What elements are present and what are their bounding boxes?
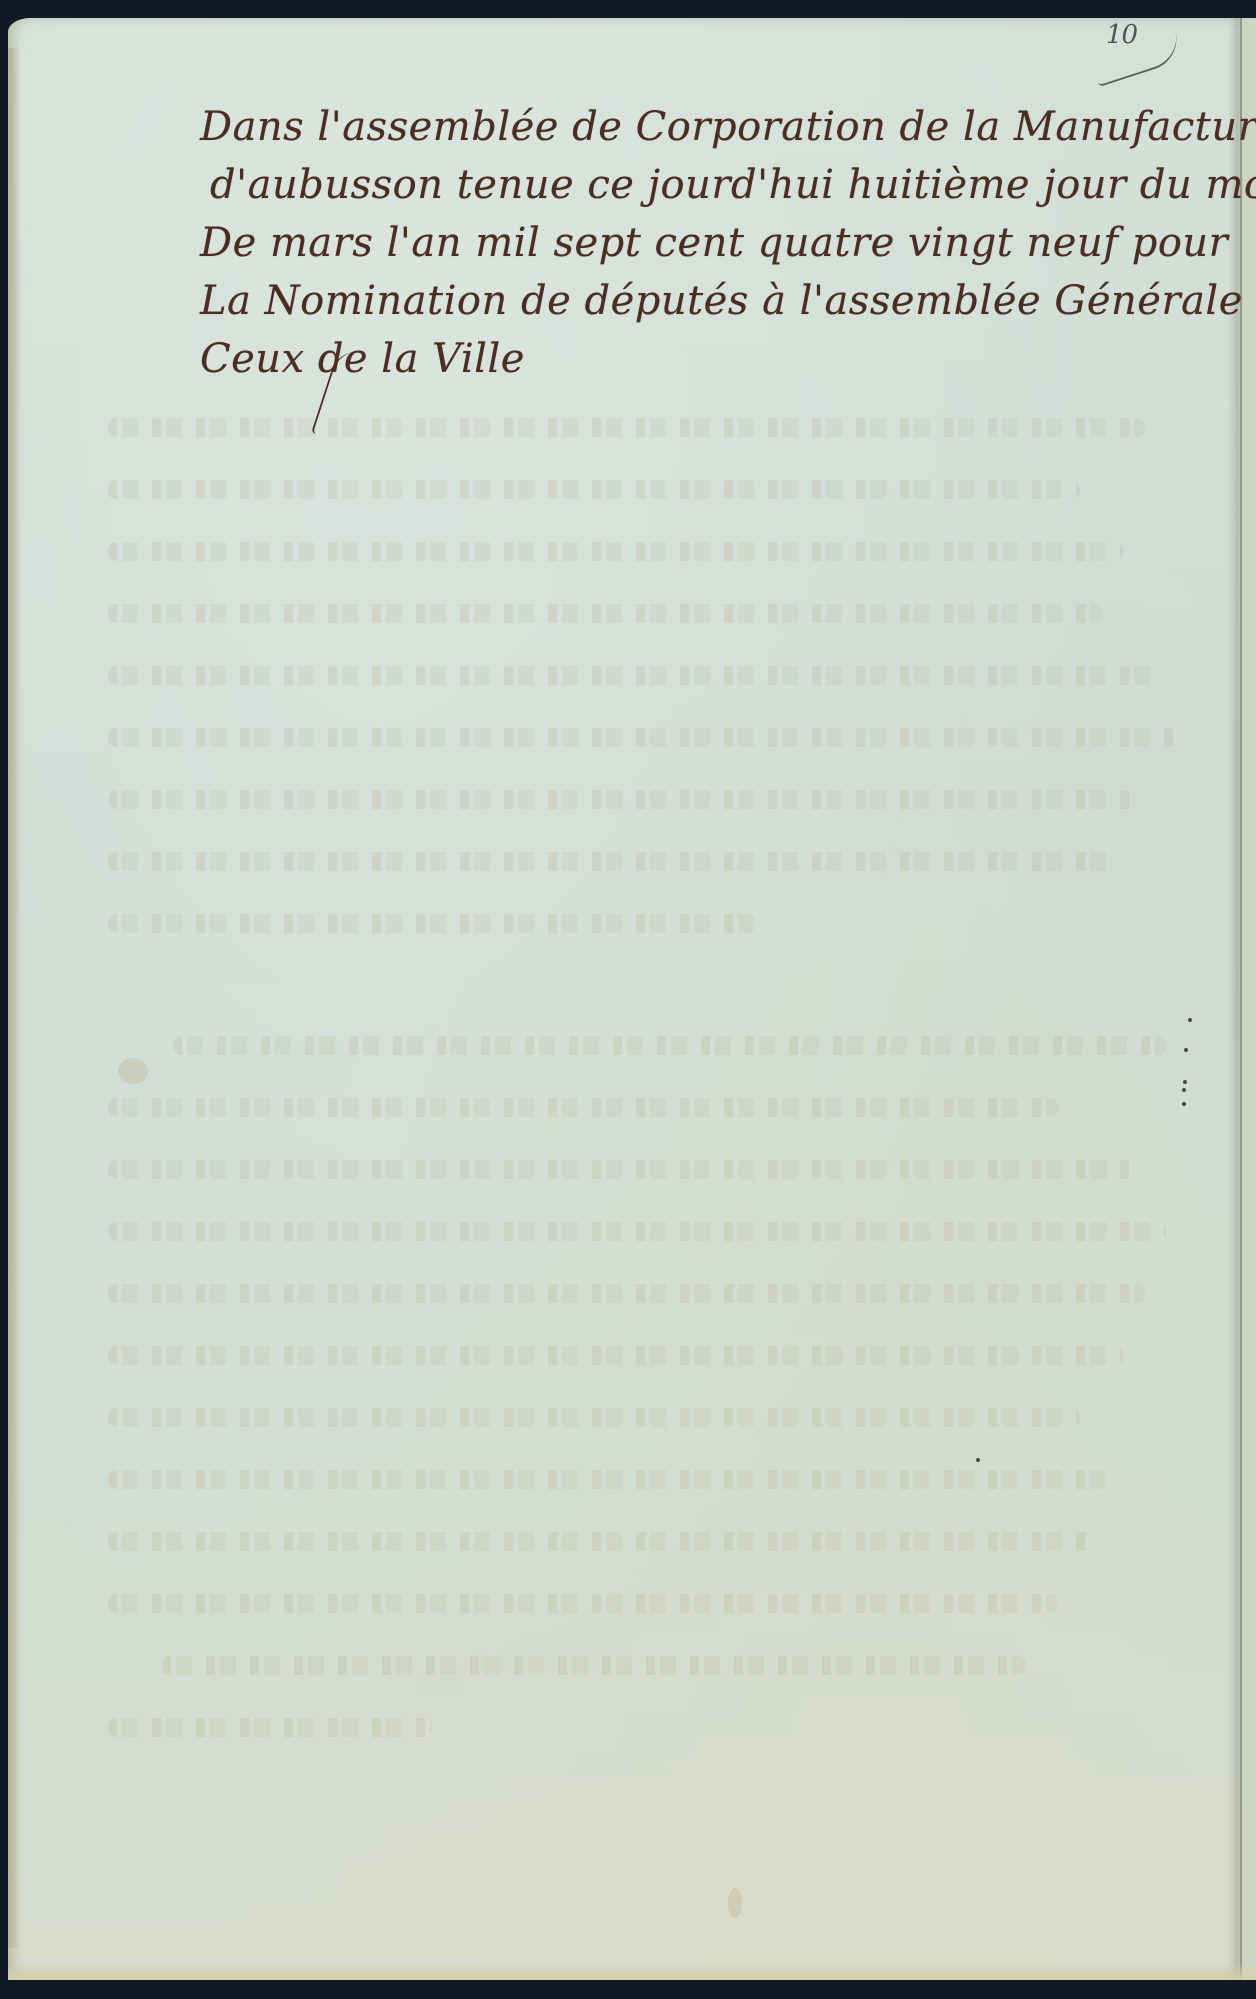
bleed-line (108, 1284, 1145, 1303)
bleed-line (162, 1656, 1026, 1675)
paper-stain (728, 1888, 742, 1918)
bleed-line (108, 914, 756, 933)
bleed-line (108, 1346, 1123, 1365)
page-bottom-edge (8, 1962, 1256, 1980)
bleed-line (173, 1036, 1167, 1055)
bleed-line (108, 480, 1080, 499)
ink-speck (1184, 1048, 1188, 1052)
text-line-content: De mars l'an mil sept cent quatre vingt … (200, 220, 1228, 266)
bleed-line (108, 604, 1102, 623)
text-line-1: Dans l'assemblée de Corporation de la Ma… (190, 98, 1190, 156)
text-line-content: Dans l'assemblée de Corporation de la Ma… (200, 104, 1256, 150)
text-line-content: d'aubusson tenue ce jourd'hui huitième j… (210, 162, 1256, 208)
bleed-line (108, 790, 1134, 809)
bleed-line (108, 1594, 1058, 1613)
text-line-content: La Nomination de députés à l'assemblée G… (200, 278, 1256, 324)
page-left-edge (8, 48, 20, 1948)
ink-speck (976, 1458, 980, 1462)
text-line-2: d'aubusson tenue ce jourd'hui huitième j… (190, 156, 1190, 214)
text-line-content: Ceux de la Ville (200, 336, 525, 382)
text-line-3: De mars l'an mil sept cent quatre vingt … (190, 214, 1190, 272)
paper-stain (118, 1058, 148, 1084)
text-line-4: La Nomination de députés à l'assemblée G… (190, 272, 1190, 330)
bleed-line (108, 542, 1123, 561)
bleed-line (108, 1098, 1058, 1117)
bleed-line (108, 1222, 1166, 1241)
ink-speck (1188, 1018, 1192, 1022)
ink-speck (1183, 1080, 1187, 1084)
ink-speck (1182, 1102, 1186, 1106)
ink-speck (1182, 1088, 1186, 1092)
bleed-through-text (108, 418, 1188, 1780)
bleed-line (108, 1408, 1080, 1427)
bleed-line (108, 418, 1145, 437)
bleed-line (108, 1718, 432, 1737)
bleed-line (108, 1532, 1091, 1551)
bleed-line (108, 852, 1112, 871)
bleed-line (108, 1470, 1112, 1489)
bleed-line (108, 1160, 1134, 1179)
bleed-line (108, 666, 1156, 685)
handwritten-text-block: Dans l'assemblée de Corporation de la Ma… (190, 98, 1190, 388)
bleed-line (108, 728, 1177, 747)
